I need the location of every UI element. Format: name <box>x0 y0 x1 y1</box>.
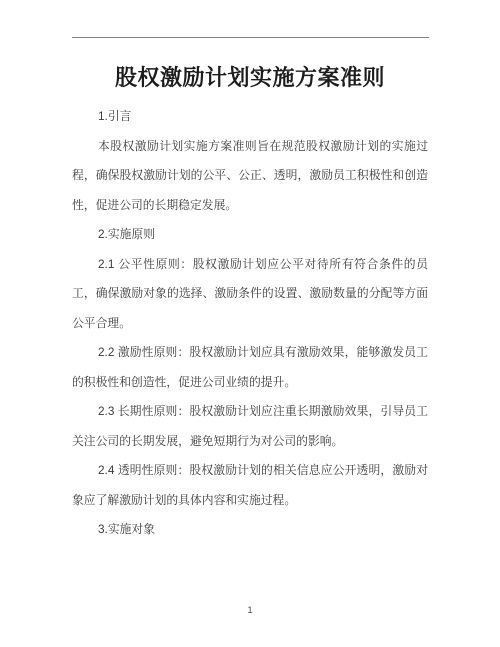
paragraph-introduction: 本股权激励计划实施方案准则旨在规范股权激励计划的实施过程，确保股权激励计划的公平… <box>72 132 428 221</box>
header-rule <box>72 37 429 38</box>
document-body: 1.引言 本股权激励计划实施方案准则旨在规范股权激励计划的实施过程，确保股权激励… <box>72 102 428 545</box>
heading-introduction: 1.引言 <box>72 102 428 132</box>
paragraph-principle-transparency: 2.4 透明性原则：股权激励计划的相关信息应公开透明，激励对象应了解激励计划的具… <box>72 456 428 515</box>
document-title: 股权激励计划实施方案准则 <box>0 61 500 92</box>
paragraph-principle-long-term: 2.3 长期性原则：股权激励计划应注重长期激励效果，引导员工关注公司的长期发展，… <box>72 397 428 456</box>
heading-implementation-principles: 2.实施原则 <box>72 220 428 250</box>
paragraph-principle-fairness: 2.1 公平性原则：股权激励计划应公平对待所有符合条件的员工，确保激励对象的选择… <box>72 250 428 339</box>
paragraph-principle-incentive: 2.2 激励性原则：股权激励计划应具有激励效果，能够激发员工的积极性和创造性，促… <box>72 338 428 397</box>
heading-implementation-targets: 3.实施对象 <box>72 515 428 545</box>
document-page: 股权激励计划实施方案准则 1.引言 本股权激励计划实施方案准则旨在规范股权激励计… <box>0 0 500 647</box>
page-number: 1 <box>0 605 500 616</box>
